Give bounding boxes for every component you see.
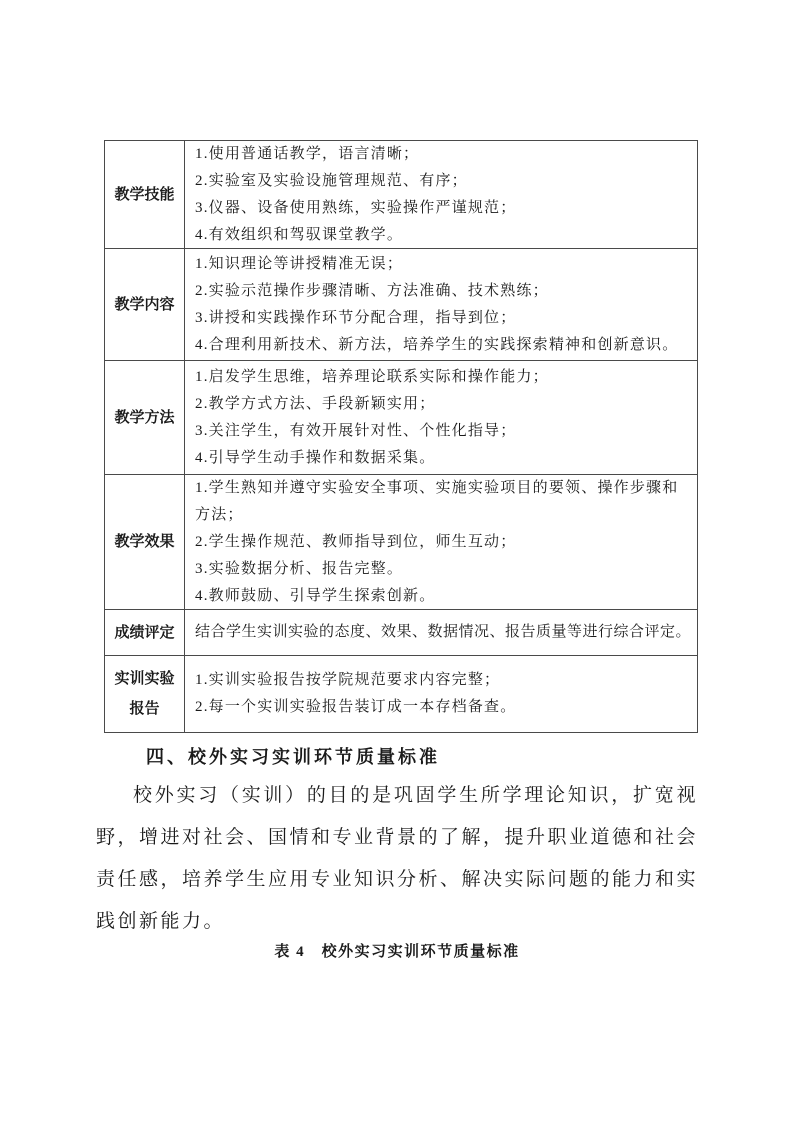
content-line: 1.使用普通话教学，语言清晰； <box>195 141 693 168</box>
content-line: 3.讲授和实践操作环节分配合理，指导到位； <box>195 305 693 332</box>
row-label: 教学技能 <box>105 141 185 248</box>
content-line: 2.学生操作规范、教师指导到位，师生互动； <box>195 529 693 556</box>
content-line: 4.合理利用新技术、新方法，培养学生的实践探索精神和创新意识。 <box>195 332 693 359</box>
content-line: 3.实验数据分析、报告完整。 <box>195 556 693 583</box>
body-paragraph: 校外实习（实训）的目的是巩固学生所学理论知识，扩宽视野，增进对社会、国情和专业背… <box>96 775 698 943</box>
row-label: 教学效果 <box>105 475 185 609</box>
content-line: 2.实验示范操作步骤清晰、方法准确、技术熟练； <box>195 278 693 305</box>
content-line: 1.学生熟知并遵守实验安全事项、实施实验项目的要领、操作步骤和方法； <box>195 475 693 529</box>
document-page: 教学技能 1.使用普通话教学，语言清晰； 2.实验室及实验设施管理规范、有序； … <box>0 0 794 1122</box>
table-row: 教学内容 1.知识理论等讲授精准无误； 2.实验示范操作步骤清晰、方法准确、技术… <box>105 249 697 361</box>
row-content: 结合学生实训实验的态度、效果、数据情况、报告质量等进行综合评定。 <box>185 610 697 655</box>
row-label: 实训实验报告 <box>105 656 185 732</box>
content-line: 2.实验室及实验设施管理规范、有序； <box>195 168 693 195</box>
quality-standards-table: 教学技能 1.使用普通话教学，语言清晰； 2.实验室及实验设施管理规范、有序； … <box>104 140 698 733</box>
content-line: 2.教学方式方法、手段新颖实用； <box>195 391 693 418</box>
content-line: 1.实训实验报告按学院规范要求内容完整； <box>195 667 693 694</box>
section-heading: 四、校外实习实训环节质量标准 <box>96 744 698 770</box>
content-line: 2.每一个实训实验报告装订成一本存档备查。 <box>195 694 693 721</box>
content-line: 3.仪器、设备使用熟练，实验操作严谨规范； <box>195 195 693 222</box>
row-label: 教学内容 <box>105 249 185 360</box>
table-row: 教学效果 1.学生熟知并遵守实验安全事项、实施实验项目的要领、操作步骤和方法； … <box>105 475 697 610</box>
row-label: 成绩评定 <box>105 610 185 655</box>
content-line: 3.关注学生，有效开展针对性、个性化指导； <box>195 418 693 445</box>
table-row: 教学方法 1.启发学生思维，培养理论联系实际和操作能力； 2.教学方式方法、手段… <box>105 361 697 475</box>
table-caption: 表 4 校外实习实训环节质量标准 <box>96 940 698 964</box>
row-content: 1.使用普通话教学，语言清晰； 2.实验室及实验设施管理规范、有序； 3.仪器、… <box>185 141 697 248</box>
row-content: 1.实训实验报告按学院规范要求内容完整； 2.每一个实训实验报告装订成一本存档备… <box>185 656 697 732</box>
content-line: 1.启发学生思维，培养理论联系实际和操作能力； <box>195 364 693 391</box>
table-row: 成绩评定 结合学生实训实验的态度、效果、数据情况、报告质量等进行综合评定。 <box>105 610 697 656</box>
content-line: 1.知识理论等讲授精准无误； <box>195 251 693 278</box>
row-label: 教学方法 <box>105 361 185 474</box>
content-line: 4.教师鼓励、引导学生探索创新。 <box>195 583 693 610</box>
row-content: 1.启发学生思维，培养理论联系实际和操作能力； 2.教学方式方法、手段新颖实用；… <box>185 361 697 474</box>
row-content: 1.知识理论等讲授精准无误； 2.实验示范操作步骤清晰、方法准确、技术熟练； 3… <box>185 249 697 360</box>
row-content: 1.学生熟知并遵守实验安全事项、实施实验项目的要领、操作步骤和方法； 2.学生操… <box>185 475 697 609</box>
table-row: 教学技能 1.使用普通话教学，语言清晰； 2.实验室及实验设施管理规范、有序； … <box>105 141 697 249</box>
table-row: 实训实验报告 1.实训实验报告按学院规范要求内容完整； 2.每一个实训实验报告装… <box>105 656 697 732</box>
content-line: 4.有效组织和驾驭课堂教学。 <box>195 222 693 249</box>
content-line: 4.引导学生动手操作和数据采集。 <box>195 445 693 472</box>
content-line: 结合学生实训实验的态度、效果、数据情况、报告质量等进行综合评定。 <box>195 619 693 646</box>
